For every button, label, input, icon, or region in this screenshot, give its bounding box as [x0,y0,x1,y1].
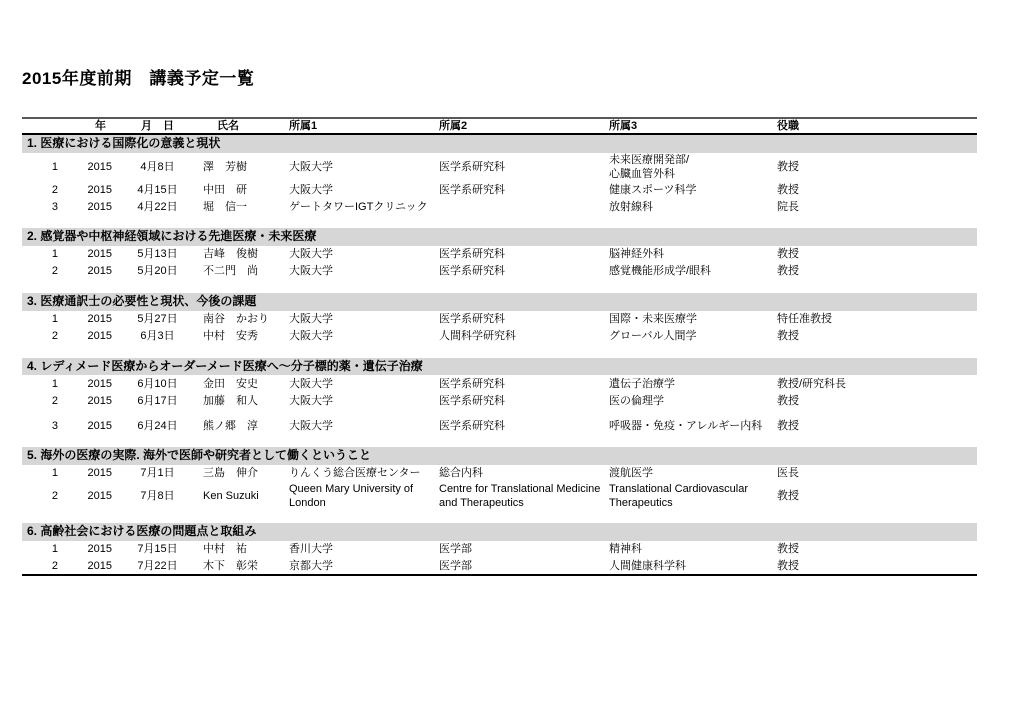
cell-affiliation3: 遺伝子治療学 [607,375,774,392]
cell-role: 医長 [774,465,977,482]
cell-name: 加藤 和人 [195,392,287,409]
lecture-row: 120157月15日中村 祐香川大学医学部精神科教授 [22,541,977,558]
cell-year: 2015 [70,328,120,345]
cell-affiliation2: 医学系研究科 [437,311,607,328]
cell-no: 3 [22,198,70,215]
cell-affiliation3: 渡航医学 [607,465,774,482]
cell-name: 南谷 かおり [195,311,287,328]
lecture-row: 120155月27日南谷 かおり大阪大学医学系研究科国際・未来医療学特任准教授 [22,311,977,328]
cell-date: 7月8日 [120,482,195,511]
cell-affiliation3: 放射線科 [607,198,774,215]
cell-year: 2015 [70,198,120,215]
cell-name: 不二門 尚 [195,263,287,280]
cell-name: 吉峰 俊樹 [195,246,287,263]
cell-no: 1 [22,246,70,263]
cell-date: 6月3日 [120,328,195,345]
cell-no: 2 [22,482,70,511]
cell-role: 教授 [774,181,977,198]
section-spacer [22,280,977,293]
section-spacer [22,409,977,417]
cell-role: 教授/研究科長 [774,375,977,392]
cell-affiliation3: 感覚機能形成学/眼科 [607,263,774,280]
cell-date: 4月15日 [120,181,195,198]
header-affiliation2: 所属2 [437,118,607,134]
document-page: 2015年度前期 講義予定一覧 年 月 日 氏名 所属1 所属2 所属3 役職 … [0,0,1024,724]
lecture-row: 320156月24日熊ノ郷 淳大阪大学医学系研究科呼吸器・免疫・アレルギー内科教… [22,417,977,434]
cell-affiliation1: 大阪大学 [287,392,437,409]
cell-affiliation2 [437,198,607,215]
cell-date: 7月1日 [120,465,195,482]
cell-affiliation1: 大阪大学 [287,181,437,198]
section-header-2: 2. 感覚器や中枢神経領域における先進医療・未来医療 [22,228,977,246]
cell-role: 教授 [774,558,977,575]
cell-year: 2015 [70,153,120,182]
cell-affiliation3: 未来医療開発部/ 心臓血管外科 [607,153,774,182]
section-spacer [22,510,977,523]
cell-no: 1 [22,375,70,392]
cell-date: 7月22日 [120,558,195,575]
cell-affiliation1: 大阪大学 [287,375,437,392]
page-title: 2015年度前期 講義予定一覧 [22,64,254,89]
cell-date: 7月15日 [120,541,195,558]
cell-affiliation1: 大阪大学 [287,246,437,263]
lecture-row: 220156月3日中村 安秀大阪大学人間科学研究科グローバル人間学教授 [22,328,977,345]
cell-affiliation2: 医学系研究科 [437,417,607,434]
cell-no: 2 [22,392,70,409]
section-header-6: 6. 高齢社会における医療の問題点と取組み [22,523,977,541]
cell-name: 澤 芳樹 [195,153,287,182]
schedule-table-body: 1. 医療における国際化の意義と現状120154月8日澤 芳樹大阪大学医学系研究… [22,134,977,575]
cell-date: 4月8日 [120,153,195,182]
cell-no: 2 [22,181,70,198]
cell-name: 中村 安秀 [195,328,287,345]
section-header-5: 5. 海外の医療の実際. 海外で医師や研究者として働くということ [22,447,977,465]
cell-affiliation3: 脳神経外科 [607,246,774,263]
cell-role: 教授 [774,263,977,280]
cell-affiliation1: りんくう総合医療センター [287,465,437,482]
spacer-cell [22,280,977,293]
cell-affiliation2: 医学系研究科 [437,263,607,280]
cell-affiliation2: 医学系研究科 [437,153,607,182]
cell-role: 教授 [774,328,977,345]
cell-name: 堀 信一 [195,198,287,215]
header-role: 役職 [774,118,977,134]
header-date: 月 日 [120,118,195,134]
cell-date: 4月22日 [120,198,195,215]
cell-role: 教授 [774,392,977,409]
lecture-row: 120154月8日澤 芳樹大阪大学医学系研究科未来医療開発部/ 心臓血管外科教授 [22,153,977,182]
cell-name: 中村 祐 [195,541,287,558]
cell-name: 木下 彰栄 [195,558,287,575]
lecture-row: 220157月8日Ken SuzukiQueen Mary University… [22,482,977,511]
cell-affiliation3: 人間健康科学科 [607,558,774,575]
cell-affiliation2: 医学部 [437,558,607,575]
cell-no: 2 [22,263,70,280]
spacer-cell [22,434,977,447]
cell-name: 熊ノ郷 淳 [195,417,287,434]
header-affiliation1: 所属1 [287,118,437,134]
cell-no: 1 [22,541,70,558]
spacer-cell [22,510,977,523]
section-title: 1. 医療における国際化の意義と現状 [22,134,977,153]
section-title: 3. 医療通訳士の必要性と現状、今後の課題 [22,293,977,311]
cell-affiliation3: 医の倫理学 [607,392,774,409]
cell-year: 2015 [70,392,120,409]
cell-no: 1 [22,153,70,182]
cell-year: 2015 [70,375,120,392]
table-header: 年 月 日 氏名 所属1 所属2 所属3 役職 [22,118,977,134]
cell-name: 三島 伸介 [195,465,287,482]
lecture-row: 120156月10日金田 安史大阪大学医学系研究科遺伝子治療学教授/研究科長 [22,375,977,392]
cell-year: 2015 [70,417,120,434]
cell-affiliation3: Translational Cardiovascular Therapeutic… [607,482,774,511]
section-title: 2. 感覚器や中枢神経領域における先進医療・未来医療 [22,228,977,246]
cell-affiliation2: 医学系研究科 [437,392,607,409]
section-header-1: 1. 医療における国際化の意義と現状 [22,134,977,153]
cell-name: 中田 研 [195,181,287,198]
lecture-row: 120155月13日吉峰 俊樹大阪大学医学系研究科脳神経外科教授 [22,246,977,263]
spacer-cell [22,215,977,228]
section-spacer [22,345,977,358]
cell-affiliation3: グローバル人間学 [607,328,774,345]
lecture-row: 220155月20日不二門 尚大阪大学医学系研究科感覚機能形成学/眼科教授 [22,263,977,280]
cell-affiliation1: 大阪大学 [287,263,437,280]
cell-year: 2015 [70,465,120,482]
lecture-row: 120157月1日三島 伸介りんくう総合医療センター総合内科渡航医学医長 [22,465,977,482]
lecture-row: 220156月17日加藤 和人大阪大学医学系研究科医の倫理学教授 [22,392,977,409]
section-header-3: 3. 医療通訳士の必要性と現状、今後の課題 [22,293,977,311]
cell-affiliation1: 大阪大学 [287,153,437,182]
cell-date: 5月20日 [120,263,195,280]
cell-date: 6月17日 [120,392,195,409]
cell-no: 1 [22,311,70,328]
spacer-cell [22,409,977,417]
table-header-row: 年 月 日 氏名 所属1 所属2 所属3 役職 [22,118,977,134]
cell-affiliation2: 医学系研究科 [437,181,607,198]
cell-affiliation2: 人間科学研究科 [437,328,607,345]
cell-affiliation1: 香川大学 [287,541,437,558]
section-header-4: 4. レディメード医療からオーダーメード医療へ～分子標的薬・遺伝子治療 [22,358,977,376]
cell-year: 2015 [70,482,120,511]
header-name: 氏名 [195,118,287,134]
cell-affiliation1: 大阪大学 [287,328,437,345]
cell-affiliation2: 医学部 [437,541,607,558]
cell-name: 金田 安史 [195,375,287,392]
header-no [22,118,70,134]
lecture-row: 320154月22日堀 信一ゲートタワーIGTクリニック放射線科院長 [22,198,977,215]
cell-role: 教授 [774,482,977,511]
cell-affiliation1: 大阪大学 [287,417,437,434]
cell-year: 2015 [70,541,120,558]
cell-affiliation2: 医学系研究科 [437,375,607,392]
cell-date: 6月10日 [120,375,195,392]
cell-no: 3 [22,417,70,434]
spacer-cell [22,345,977,358]
cell-role: 教授 [774,417,977,434]
cell-affiliation3: 精神科 [607,541,774,558]
cell-affiliation3: 呼吸器・免疫・アレルギー内科 [607,417,774,434]
section-title: 4. レディメード医療からオーダーメード医療へ～分子標的薬・遺伝子治療 [22,358,977,376]
cell-role: 特任准教授 [774,311,977,328]
cell-no: 1 [22,465,70,482]
cell-year: 2015 [70,558,120,575]
cell-year: 2015 [70,246,120,263]
cell-affiliation3: 健康スポーツ科学 [607,181,774,198]
cell-name: Ken Suzuki [195,482,287,511]
cell-role: 教授 [774,246,977,263]
section-title: 5. 海外の医療の実際. 海外で医師や研究者として働くということ [22,447,977,465]
cell-affiliation2: 総合内科 [437,465,607,482]
cell-no: 2 [22,558,70,575]
lecture-row: 220154月15日中田 研大阪大学医学系研究科健康スポーツ科学教授 [22,181,977,198]
cell-year: 2015 [70,311,120,328]
cell-affiliation2: Centre for Translational Medicine and Th… [437,482,607,511]
cell-role: 教授 [774,153,977,182]
section-title: 6. 高齢社会における医療の問題点と取組み [22,523,977,541]
cell-role: 院長 [774,198,977,215]
cell-date: 5月13日 [120,246,195,263]
section-spacer [22,434,977,447]
cell-affiliation3: 国際・未来医療学 [607,311,774,328]
section-spacer [22,215,977,228]
cell-affiliation1: ゲートタワーIGTクリニック [287,198,437,215]
cell-date: 6月24日 [120,417,195,434]
cell-affiliation1: Queen Mary University of London [287,482,437,511]
header-year: 年 [70,118,120,134]
cell-year: 2015 [70,263,120,280]
lecture-row: 220157月22日木下 彰栄京都大学医学部人間健康科学科教授 [22,558,977,575]
cell-role: 教授 [774,541,977,558]
cell-affiliation1: 大阪大学 [287,311,437,328]
cell-affiliation2: 医学系研究科 [437,246,607,263]
lecture-schedule-table: 年 月 日 氏名 所属1 所属2 所属3 役職 1. 医療における国際化の意義と… [22,117,977,576]
cell-year: 2015 [70,181,120,198]
cell-no: 2 [22,328,70,345]
cell-date: 5月27日 [120,311,195,328]
header-affiliation3: 所属3 [607,118,774,134]
cell-affiliation1: 京都大学 [287,558,437,575]
